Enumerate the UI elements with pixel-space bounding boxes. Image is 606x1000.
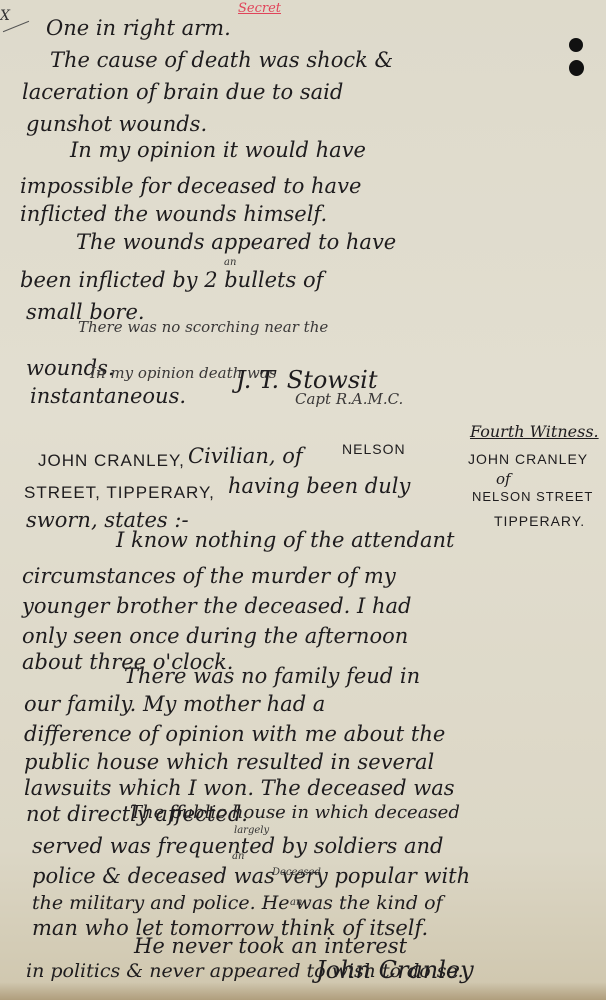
witness-occupation: Civilian, of [188, 446, 303, 467]
text-line: The wounds appeared to have [76, 232, 396, 253]
text-line: inflicted the wounds himself. [20, 204, 327, 225]
secret-annotation: Secret [238, 2, 281, 15]
text-line: The public house in which deceased [130, 804, 460, 822]
document-page: X Secret One in right arm. The cause of … [0, 0, 606, 1000]
witness-signature: John Cranley [316, 958, 474, 982]
text-line: There was no family feud in [124, 666, 420, 687]
text-line: The cause of death was shock & [50, 50, 393, 71]
text-line: gunshot wounds. [26, 114, 207, 135]
text-line: our family. My mother had a [24, 694, 325, 715]
side-note-title: Fourth Witness. [470, 424, 599, 440]
insertion-an: an [224, 258, 236, 268]
punch-hole-top [569, 38, 583, 52]
side-note-name: JOHN CRANLEY [468, 452, 588, 466]
witness-name: JOHN CRANLEY, [38, 452, 185, 469]
text-line: having been duly [228, 476, 410, 497]
text-line: instantaneous. [30, 386, 186, 407]
text-line: difference of opinion with me about the [24, 724, 445, 745]
insertion-an: an [232, 852, 244, 862]
text-line: younger brother the deceased. I had [22, 596, 411, 617]
text-line: In my opinion it would have [70, 140, 366, 161]
text-line: impossible for deceased to have [20, 176, 361, 197]
text-line: He never took an interest [134, 936, 407, 957]
text-line: only seen once during the afternoon [22, 626, 408, 647]
side-note-town: TIPPERARY. [494, 514, 585, 528]
text-line: laceration of brain due to said [22, 82, 343, 103]
insertion-deceased: Deceased [272, 868, 321, 878]
witness-street: NELSON [342, 442, 406, 456]
punch-hole-bottom [569, 60, 584, 76]
officer-rank: Capt R.A.M.C. [295, 392, 403, 407]
text-line: been inflicted by 2 bullets of [20, 270, 323, 291]
officer-signature: J. T. Stowsit [236, 368, 377, 392]
text-line: I know nothing of the attendant [116, 530, 454, 551]
text-line: lawsuits which I won. The deceased was [24, 778, 455, 799]
text-line: the military and police. He was the kind… [32, 894, 443, 913]
insertion-an: an [290, 898, 302, 908]
side-note-street: NELSON STREET [472, 490, 593, 503]
text-line: circumstances of the murder of my [22, 566, 396, 587]
text-line: One in right arm. [46, 18, 231, 39]
side-note-of: of [496, 472, 511, 487]
text-line: police & deceased was very popular with [32, 866, 470, 887]
text-line: There was no scorching near the [78, 320, 328, 335]
margin-mark: X [0, 8, 10, 24]
text-line: public house which resulted in several [24, 752, 434, 773]
witness-address: STREET, TIPPERARY, [24, 484, 215, 501]
